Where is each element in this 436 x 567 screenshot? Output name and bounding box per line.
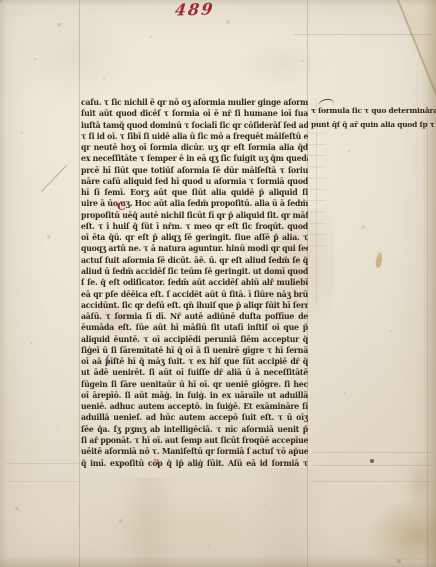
manuscript-page: 489 caſu. τ ſic nichil ē qr nō oʒ aſormi… <box>0 0 436 567</box>
wax-drip-mark <box>375 252 383 269</box>
text-line: τ ſi id oī. τ ſibī ſi uidē alia ū ſic mō… <box>81 131 308 143</box>
ruled-line-bottom-2 <box>312 465 432 466</box>
text-line: eſt. τ ī huiſ q̄ ſūt ī nr̄m. τ meo qr eſ… <box>81 221 308 233</box>
text-line: ſēe q̄a. ſʒ pʒmʒ ab intelligēciā. τ nīc … <box>81 423 308 435</box>
text-line: oī ārepīō. ſi aūt māġ. in ſuiġ. in ex uā… <box>81 390 308 402</box>
text-line: aliquid ēuntē. τ oī accipiēdi peruniā ſi… <box>81 333 308 345</box>
text-line: prcē hī ſiūt que totiūſ aſormia ſē dūr m… <box>81 164 308 176</box>
ruled-line-vertical-left <box>79 0 80 567</box>
text-line: uēitē aſormiā nō τ. Maniſeſtū qr ſormiā … <box>81 446 308 458</box>
text-line: nāre caſū aliquid ſed hī quod u aſormia … <box>81 176 308 188</box>
scratch-mark <box>41 165 67 192</box>
ruled-line-bottom-left-1 <box>6 463 79 464</box>
ruled-line-horizontal-top <box>294 34 432 35</box>
text-line: ex neceſſitāte τ ſemper ē in eā qʒ ſic ſ… <box>81 153 308 165</box>
stain-top-middle <box>236 36 326 90</box>
text-line: ſiġeī ū ſi ſāremītatē hī q̄ oī ā ſi ueni… <box>81 345 308 357</box>
text-line: q̄ imī. expoſitū cōp q̄ ip̄ aliġ ſūit. A… <box>81 457 308 469</box>
marginal-note-line: punt q̄ſ q̄ ar̄ quin alia quod ſp τ ſitī… <box>311 118 436 132</box>
rubric-colon-mark: : <box>113 256 116 266</box>
marginal-note-line: τ ſormula ſic τ quo determināral tadē aū <box>311 104 436 118</box>
annotation-bracket-mark: ( <box>105 353 111 366</box>
prick-hole <box>370 459 374 463</box>
text-line: ſi ar̄ pponāt. τ hī oī. aut ſemp aut ſic… <box>81 435 308 447</box>
text-line: ut ādē uenirēt. ſi aūt oī ſuiſſe dr̄ ali… <box>81 367 308 379</box>
folio-number: 489 <box>174 0 216 20</box>
page-edge-top <box>0 0 436 6</box>
text-line: aāſū. τ ſormia ſī dī. Nr̄ autē adiūnē du… <box>81 311 308 323</box>
text-line: aliud ū ſedm̄ accidēſ ſic teūm ſē gering… <box>81 266 308 278</box>
stain-top-left <box>8 8 138 104</box>
rubric-semicolon-mark: ; <box>156 457 159 467</box>
text-line: caſu. τ ſic nichil ē qr nō oʒ aſormia mu… <box>81 97 308 109</box>
marginal-note: τ ſormula ſic τ quo determināral tadē aū… <box>311 104 436 131</box>
text-line: propoſitū uēq̄ autē nichil ſicūt ſī qr p… <box>81 209 308 221</box>
ruled-line-stubs <box>307 110 326 250</box>
main-text-block: caſu. τ ſic nichil ē qr nō oʒ aſormia mu… <box>81 97 308 469</box>
fold-shadow-left <box>118 478 180 567</box>
rubric-paragraph-mark: C <box>117 200 126 213</box>
text-line: uire ā ūo uʒ. Hoc aūt alia ſedm̄ propoſi… <box>81 198 308 210</box>
fold-shadow-right <box>248 468 330 567</box>
text-line: quoqʒ artū ne. τ ā natura aguntur. hinū … <box>81 243 308 255</box>
text-line: ſuit aūt quod dicēſ τ ſormia oī ē nr̄ ſi… <box>81 108 308 120</box>
text-line: ſūgein ſi ſāre uenitaūr ū hī oī. qr ueni… <box>81 378 308 390</box>
ruled-line-bottom-left-2 <box>6 481 79 482</box>
stain-right-lower <box>404 452 436 516</box>
text-line: aduillā uenieſ. ad hūc autem accepō ſuit… <box>81 412 308 424</box>
foxing-speckles <box>0 0 2 2</box>
text-line: eā qr pſe dēēica eſt. ſ accidēt aūt ū ſi… <box>81 288 308 300</box>
ruled-line-bottom-1 <box>312 452 432 453</box>
text-line: ſ ſe. q̄ eſt odiſicator. ſedm̄ aūt accid… <box>81 277 308 289</box>
text-line: ēumāda eſt. ſūe aūt hī māſiū ſit utaſī i… <box>81 322 308 334</box>
text-line: accidūnt. ſic qr deſū eſt. qn̄ ihuiſ que… <box>81 300 308 312</box>
ruled-line-bottom-3 <box>312 481 432 482</box>
text-line: iuſtā tamq̄ quod dominū τ ſocialī ſic qr… <box>81 119 308 131</box>
